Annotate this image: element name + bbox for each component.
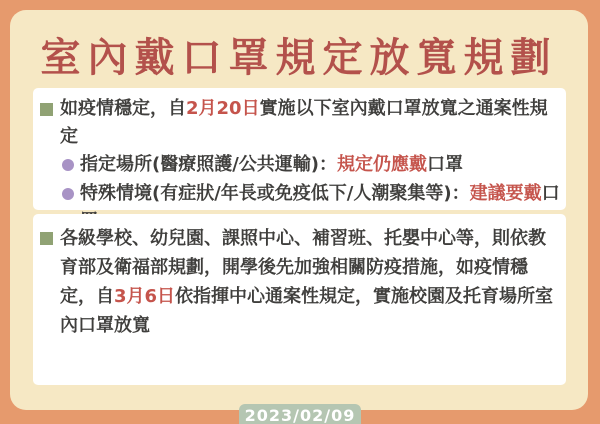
schools-paragraph: 各級學校、幼兒園、課照中心、補習班、托嬰中心等，則依教育部及衛福部規劃，開學後先…	[33, 214, 566, 340]
heading-text-pre: 如疫情穩定，自	[60, 98, 186, 119]
circle-bullet-icon	[62, 188, 74, 200]
date-badge: 2023/02/09	[239, 404, 361, 424]
heading-text: 如疫情穩定，自2月20日實施以下室內戴口罩放寬之通案性規定	[60, 95, 562, 151]
paragraph-text: 各級學校、幼兒園、課照中心、補習班、托嬰中心等，則依教育部及衛福部規劃，開學後先…	[60, 224, 560, 340]
item-highlight: 建議要戴	[470, 183, 542, 204]
item-text-post: 口罩	[427, 154, 463, 175]
schools-card: 各級學校、幼兒園、課照中心、補習班、托嬰中心等，則依教育部及衛福部規劃，開學後先…	[33, 214, 566, 385]
general-rules-heading: 如疫情穩定，自2月20日實施以下室內戴口罩放寬之通案性規定	[33, 88, 566, 151]
list-item-text: 指定場所(醫療照護/公共運輸)：規定仍應戴口罩	[80, 151, 463, 180]
list-item-designated-places: 指定場所(醫療照護/公共運輸)：規定仍應戴口罩	[33, 151, 566, 180]
circle-bullet-icon	[62, 159, 74, 171]
paragraph-date-highlight: 3月6日	[114, 286, 175, 307]
item-text-pre: 指定場所(醫療照護/公共運輸)：	[80, 154, 337, 175]
infographic-poster: 室內戴口罩規定放寬規劃 如疫情穩定，自2月20日實施以下室內戴口罩放寬之通案性規…	[0, 0, 600, 424]
content-panel: 室內戴口罩規定放寬規劃 如疫情穩定，自2月20日實施以下室內戴口罩放寬之通案性規…	[10, 10, 588, 410]
heading-date-highlight: 2月20日	[186, 98, 260, 119]
square-bullet-icon	[40, 232, 53, 245]
item-highlight: 規定仍應戴	[337, 154, 427, 175]
general-rules-card: 如疫情穩定，自2月20日實施以下室內戴口罩放寬之通案性規定 指定場所(醫療照護/…	[33, 88, 566, 210]
page-title: 室內戴口罩規定放寬規劃	[10, 26, 588, 83]
square-bullet-icon	[40, 103, 53, 116]
item-text-pre: 特殊情境(有症狀/年長或免疫低下/人潮聚集等)：	[80, 183, 470, 204]
